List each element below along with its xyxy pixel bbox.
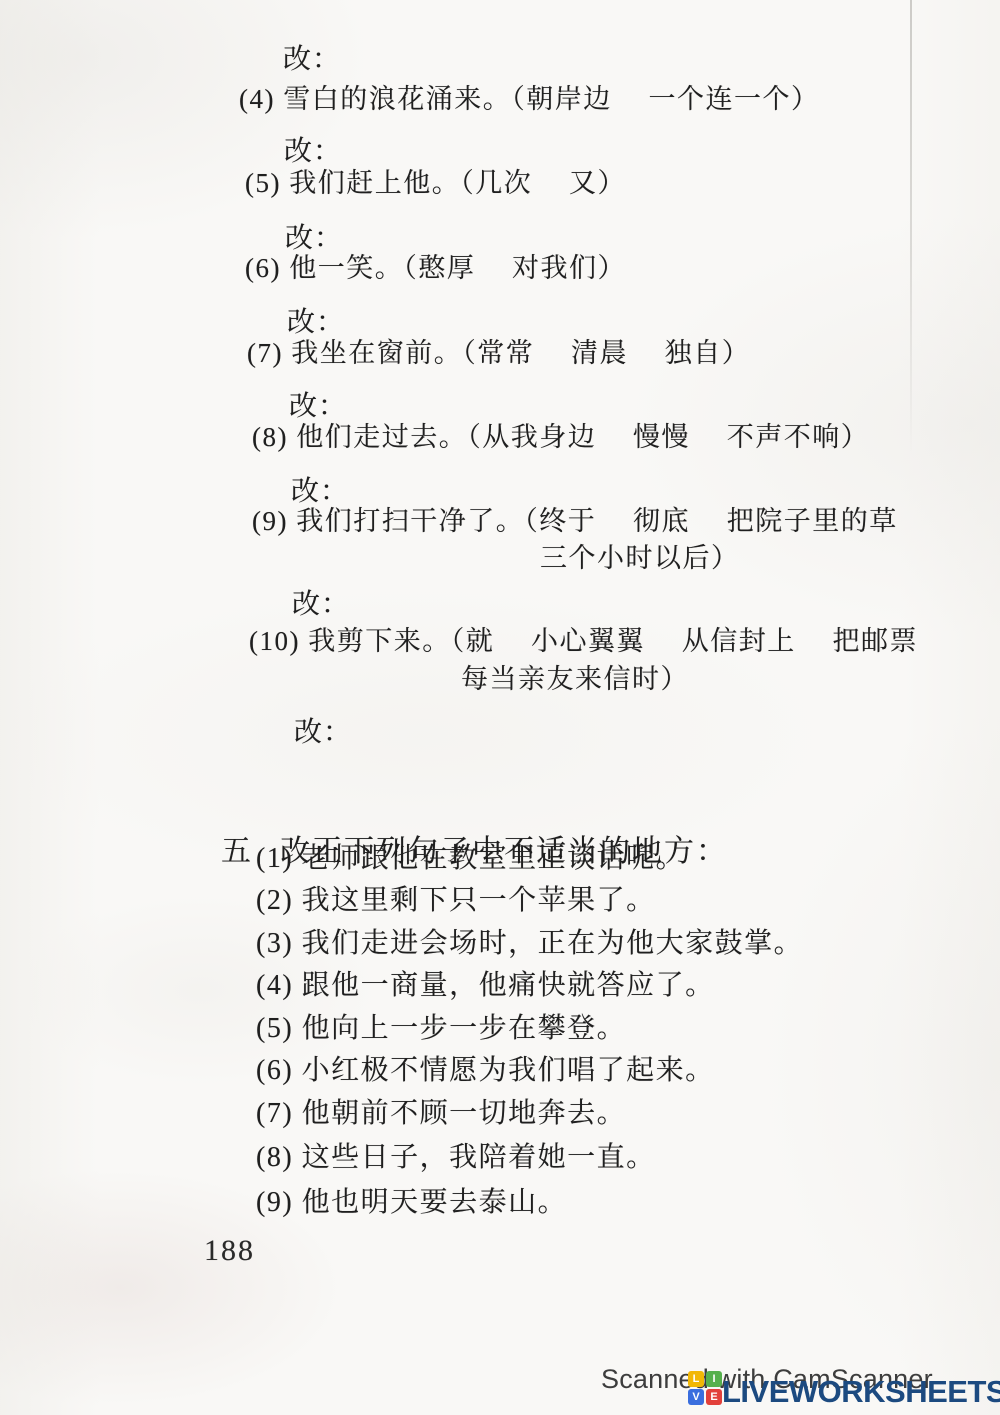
exercise4-item-4: (4) 雪白的浪花涌来。（朝岸边 一个连一个） [239, 83, 819, 117]
logo-tile-i: I [706, 1371, 722, 1387]
logo-tile-l: L [688, 1371, 704, 1387]
exercise5-sentence-4: (4) 跟他一商量，他痛快就答应了。 [256, 968, 715, 1003]
exercise5-sentence-6: (6) 小红极不情愿为我们唱了起来。 [256, 1053, 715, 1088]
exercise4-item-10-line2: 每当亲友来信时） [461, 663, 689, 697]
scan-artifact-vertical-line [910, 0, 912, 455]
exercise4-item-5: (5) 我们赶上他。（几次 又） [245, 167, 626, 201]
page-number: 188 [204, 1232, 255, 1270]
exercise5-sentence-9: (9) 他也明天要去泰山。 [256, 1185, 567, 1220]
exercise5-sentence-2: (2) 我这里剩下只一个苹果了。 [256, 883, 656, 918]
exercise4-item-10-line1: (10) 我剪下来。（就 小心翼翼 从信封上 把邮票 [249, 625, 918, 659]
gai-prompt-3: 改： [285, 221, 343, 256]
scanned-worksheet-page: 改： (4) 雪白的浪花涌来。（朝岸边 一个连一个） 改： (5) 我们赶上他。… [0, 0, 1000, 1415]
exercise4-item-9-line1: (9) 我们打扫干净了。（终于 彻底 把院子里的草 [252, 505, 898, 539]
exercise4-item-6: (6) 他一笑。（憨厚 对我们） [245, 252, 626, 286]
logo-tile-v: V [688, 1389, 704, 1405]
gai-prompt-5: 改： [289, 389, 347, 424]
liveworksheets-logo: L I V E [688, 1371, 722, 1405]
exercise5-sentence-7: (7) 他朝前不顾一切地奔去。 [256, 1096, 626, 1131]
gai-prompt-4: 改： [287, 305, 345, 340]
exercise5-number: 五 [221, 835, 253, 868]
exercise5-sentence-3: (3) 我们走进会场时，正在为他大家鼓掌。 [256, 926, 803, 961]
gai-prompt-1: 改： [283, 42, 341, 77]
exercise5-sentence-1: (1) 老师跟他在教室里正谈话呢。 [256, 841, 685, 876]
exercise4-item-8: (8) 他们走过去。（从我身边 慢慢 不声不响） [252, 421, 869, 455]
gai-prompt-2: 改： [284, 134, 342, 169]
logo-tile-e: E [706, 1389, 722, 1405]
exercise5-sentence-8: (8) 这些日子，我陪着她一直。 [256, 1140, 656, 1175]
liveworksheets-wordmark: LIVEWORKSHEETS [722, 1374, 1000, 1410]
exercise5-sentence-5: (5) 他向上一步一步在攀登。 [256, 1011, 626, 1046]
gai-prompt-6: 改： [291, 474, 349, 509]
exercise4-item-7: (7) 我坐在窗前。（常常 清晨 独自） [247, 337, 750, 371]
exercise4-item-9-line2: 三个小时以后） [540, 542, 740, 576]
gai-prompt-8: 改： [294, 715, 352, 750]
gai-prompt-7: 改： [292, 587, 350, 622]
